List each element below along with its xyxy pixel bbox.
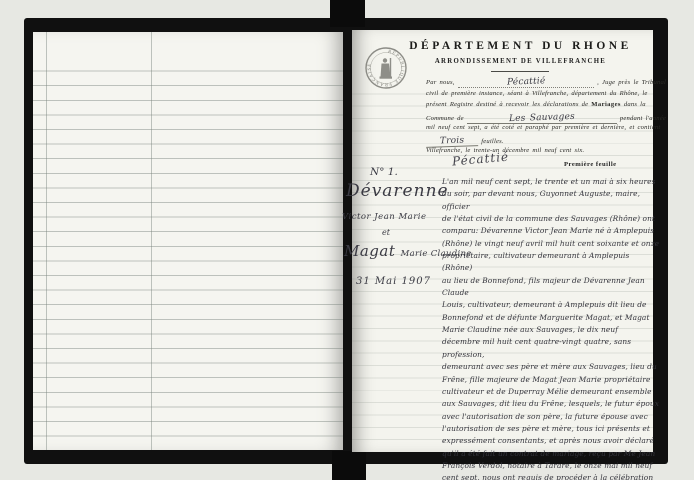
title-rule bbox=[491, 71, 549, 72]
commune-name-handwritten: Les Sauvages bbox=[509, 112, 575, 124]
mariages-label: Mariages bbox=[591, 101, 621, 108]
form-line-registre: présent Registre destiné à recevoir les … bbox=[426, 101, 666, 108]
form-line-paraphe: mil neuf cent sept, a été coté et paraph… bbox=[426, 124, 666, 131]
book-spine-top bbox=[330, 0, 365, 27]
seal-figure bbox=[380, 58, 393, 79]
form-line-instance: civil de première instance, séant à Vill… bbox=[426, 90, 666, 97]
sheet-count-handwritten: Trois bbox=[426, 135, 479, 148]
margin-et: et bbox=[382, 228, 390, 237]
groom-surname: Dévarenne bbox=[346, 181, 449, 201]
left-blank-page bbox=[33, 32, 343, 450]
department-title: DÉPARTEMENT DU RHONE bbox=[388, 40, 653, 52]
margin-rule-line bbox=[46, 32, 47, 450]
form-line-commune: Commune de Les Sauvages pendant l'année bbox=[426, 113, 666, 124]
book-spine-bottom bbox=[332, 451, 366, 480]
republique-francaise-seal-icon: RÉPUBLIQUE FRANÇAISE bbox=[364, 46, 408, 90]
marriage-act-handwritten-text: L'an mil neuf cent sept, le trente et un… bbox=[442, 176, 660, 480]
groom-given-names: Victor Jean Marie bbox=[342, 212, 427, 222]
form-line-feuilles: Trois feuilles. bbox=[426, 136, 666, 147]
scanned-register-spread: DÉPARTEMENT DU RHONE ARRONDISSEMENT DE V… bbox=[0, 0, 694, 480]
margin-rule-line bbox=[151, 32, 152, 450]
judge-name-handwritten: Pécattié bbox=[506, 76, 545, 87]
act-number: N° 1. bbox=[370, 166, 398, 178]
act-date: 31 Mai 1907 bbox=[356, 276, 431, 287]
right-register-page: DÉPARTEMENT DU RHONE ARRONDISSEMENT DE V… bbox=[352, 30, 653, 452]
first-sheet-label: Première feuille bbox=[564, 161, 617, 168]
arrondissement-title: ARRONDISSEMENT DE VILLEFRANCHE bbox=[388, 58, 653, 65]
bride-surname: Magat bbox=[344, 242, 395, 260]
form-line-juge: Par nous, Pécattié , Juge près le Tribun… bbox=[426, 77, 666, 88]
